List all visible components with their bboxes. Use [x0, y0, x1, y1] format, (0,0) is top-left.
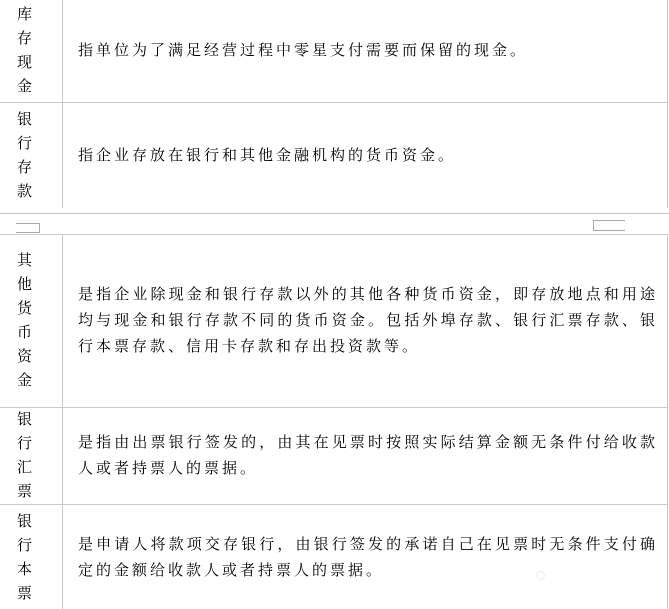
term-cell: 银行本票	[0, 505, 63, 609]
table-row: 银行存款 指企业存放在银行和其他金融机构的货币资金。	[0, 103, 667, 208]
term-text: 银行本票	[17, 510, 33, 606]
term-text: 银行汇票	[17, 408, 33, 504]
term-text: 其他货币资金	[17, 249, 33, 393]
definition-cell: 指企业存放在银行和其他金融机构的货币资金。	[63, 103, 667, 208]
table-row: 其他货币资金 是指企业除现金和银行存款以外的其他各种货币资金，即存放地点和用途均…	[0, 235, 667, 408]
table-corner-mark-left-icon	[16, 223, 40, 233]
document-page: 库存现金 指单位为了满足经营过程中零星支付需要而保留的现金。 银行存款 指企业存…	[0, 0, 669, 609]
definition-cell: 是指企业除现金和银行存款以外的其他各种货币资金，即存放地点和用途均与现金和银行存…	[63, 235, 667, 407]
page-break-gap	[0, 208, 669, 234]
definition-text: 是指由出票银行签发的，由其在见票时按照实际结算金额无条件付给收款人或者持票人的票…	[78, 430, 658, 482]
term-text: 银行存款	[17, 108, 33, 204]
definitions-table-lower: 其他货币资金 是指企业除现金和银行存款以外的其他各种货币资金，即存放地点和用途均…	[0, 234, 668, 609]
definition-cell: 是申请人将款项交存银行，由银行签发的承诺自己在见票时无条件支付确定的金额给收款人…	[63, 505, 667, 609]
definition-cell: 指单位为了满足经营过程中零星支付需要而保留的现金。	[63, 0, 667, 102]
definition-text: 指企业存放在银行和其他金融机构的货币资金。	[78, 143, 658, 169]
definitions-table-upper: 库存现金 指单位为了满足经营过程中零星支付需要而保留的现金。 银行存款 指企业存…	[0, 0, 668, 208]
definition-cell: 是指由出票银行签发的，由其在见票时按照实际结算金额无条件付给收款人或者持票人的票…	[63, 408, 667, 504]
term-cell: 其他货币资金	[0, 235, 63, 407]
table-row: 银行汇票 是指由出票银行签发的，由其在见票时按照实际结算金额无条件付给收款人或者…	[0, 408, 667, 505]
table-row: 银行本票 是申请人将款项交存银行，由银行签发的承诺自己在见票时无条件支付确定的金…	[0, 505, 667, 609]
term-cell: 银行汇票	[0, 408, 63, 504]
term-cell: 库存现金	[0, 0, 63, 102]
definition-text: 指单位为了满足经营过程中零星支付需要而保留的现金。	[78, 38, 658, 64]
definition-text: 是指企业除现金和银行存款以外的其他各种货币资金，即存放地点和用途均与现金和银行存…	[78, 282, 658, 360]
term-cell: 银行存款	[0, 103, 63, 208]
term-text: 库存现金	[17, 3, 33, 99]
watermark-smudge	[536, 571, 545, 580]
definition-text: 是申请人将款项交存银行，由银行签发的承诺自己在见票时无条件支付确定的金额给收款人…	[78, 532, 658, 584]
page-break-rule	[0, 213, 669, 214]
table-corner-mark-right-icon	[593, 220, 625, 231]
table-row: 库存现金 指单位为了满足经营过程中零星支付需要而保留的现金。	[0, 0, 667, 103]
